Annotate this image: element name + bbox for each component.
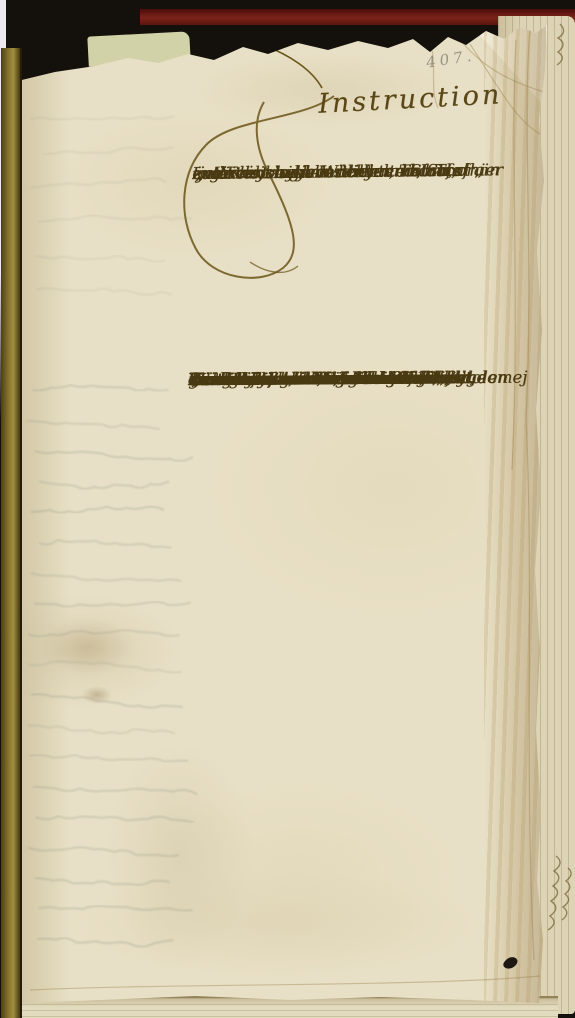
foredge-ink-marks [0,0,575,1018]
manuscript-scan: Instruction Wie sich die Wächter, vnd Th… [0,0,575,1018]
